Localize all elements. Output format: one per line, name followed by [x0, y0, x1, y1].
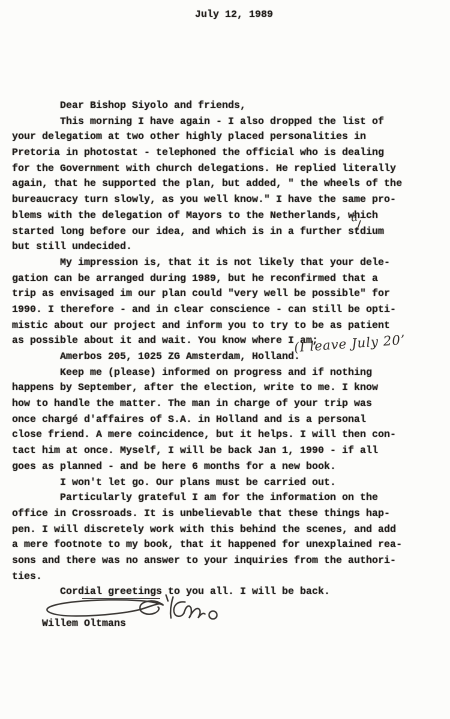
body-line: a mere footnote to my book, that it happ…: [12, 538, 402, 554]
body-line: 1990. I therefore - and in clear conscie…: [12, 303, 402, 319]
body-line: for the Government with church delegatio…: [12, 162, 402, 178]
body-line: bureaucracy turn slowly, as you well kno…: [12, 193, 402, 209]
letter-date: July 12, 1989: [195, 10, 273, 21]
body-line: how to handle the matter. The man in cha…: [12, 397, 402, 413]
body-line: Particularly grateful I am for the infor…: [12, 491, 402, 507]
body-line: pen. I will discretely work with this be…: [12, 523, 402, 539]
body-line: This morning I have again - I also dropp…: [12, 115, 402, 131]
body-line: mistic about our project and inform you …: [12, 319, 402, 335]
body-line: gation can be arranged during 1989, but …: [12, 272, 402, 288]
body-line: Keep me (please) informed on progress an…: [12, 366, 402, 382]
body-line: Pretoria in photostat - telephoned the o…: [12, 146, 402, 162]
body-line: I won't let go. Our plans must be carrie…: [12, 476, 402, 492]
body-line: trip as envisaged im our plan could "ver…: [12, 287, 402, 303]
body-line: Dear Bishop Siyolo and friends,: [12, 99, 402, 115]
letter-page: July 12, 1989 Dear Bishop Siyolo and fri…: [0, 0, 450, 719]
body-line: but still undecided.: [12, 240, 402, 256]
body-line: close friend. A mere coincidence, but it…: [12, 428, 402, 444]
body-line: once chargé d'affaires of S.A. in Hollan…: [12, 413, 402, 429]
body-line: goes as planned - and be here 6 months f…: [12, 460, 402, 476]
body-line: office in Crossroads. It is unbelievable…: [12, 507, 402, 523]
body-line: your delegatiom at two other highly plac…: [12, 130, 402, 146]
letter-body: Dear Bishop Siyolo and friends, This mor…: [12, 99, 402, 632]
body-line: sons and there was no answer to your inq…: [12, 554, 402, 570]
body-line: My impression is, that it is not likely …: [12, 256, 402, 272]
body-line: started long before our idea, and which …: [12, 225, 402, 241]
body-line: ties.: [12, 570, 402, 586]
body-line: blems with the delegation of Mayors to t…: [12, 209, 402, 225]
body-line: tact him at once. Myself, I will be back…: [12, 444, 402, 460]
body-line: again, that he supported the plan, but a…: [12, 177, 402, 193]
signature-scrawl: [42, 592, 222, 632]
body-line: happens by September, after the election…: [12, 381, 402, 397]
